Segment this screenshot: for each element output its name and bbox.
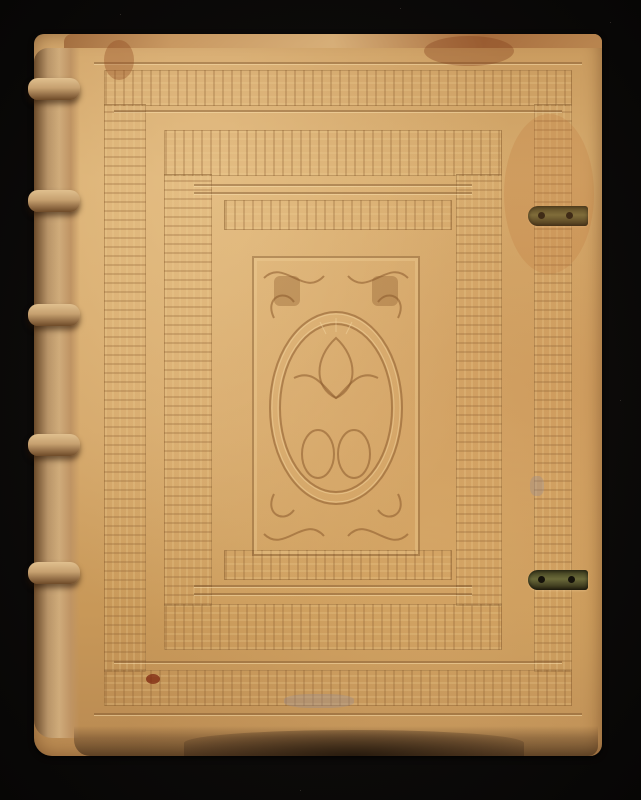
inner-fillet-top-1: [194, 184, 472, 187]
medallion-ornament: [254, 258, 418, 554]
middle-fillet-bottom: [114, 661, 562, 664]
spine-raised-band: [28, 78, 80, 100]
outer-fillet-bottom: [94, 713, 582, 716]
outer-roll-left: [104, 104, 146, 672]
clasp-hole: [568, 576, 575, 583]
middle-roll-top: [164, 130, 502, 176]
age-stain: [146, 674, 160, 684]
inner-fillet-top-2: [194, 192, 472, 195]
worn-scuff: [530, 476, 544, 496]
spine-raised-band: [28, 434, 80, 456]
spine-raised-band: [28, 562, 80, 584]
middle-roll-right: [456, 174, 502, 606]
clasp-hole: [538, 576, 545, 583]
age-stain: [104, 40, 134, 80]
worn-scuff: [284, 694, 354, 708]
central-panel-stamp: [252, 256, 420, 556]
clasp-catch-bottom: [528, 570, 588, 590]
inner-fillet-bottom-2: [194, 585, 472, 588]
middle-fillet-top: [114, 110, 562, 113]
middle-roll-left: [164, 174, 212, 606]
top-edge: [64, 34, 602, 48]
age-stain: [424, 36, 514, 66]
book-spine: [34, 48, 80, 738]
inner-roll-top: [224, 200, 452, 230]
spine-raised-band: [28, 304, 80, 326]
spine-raised-band: [28, 190, 80, 212]
inner-fillet-bottom-1: [194, 593, 472, 596]
outer-roll-top: [104, 70, 572, 106]
bottom-dark-shadow: [184, 730, 524, 756]
book-cover: [34, 34, 602, 756]
age-stain: [504, 114, 594, 274]
middle-roll-bottom: [164, 604, 502, 650]
outer-fillet-top: [94, 62, 582, 65]
